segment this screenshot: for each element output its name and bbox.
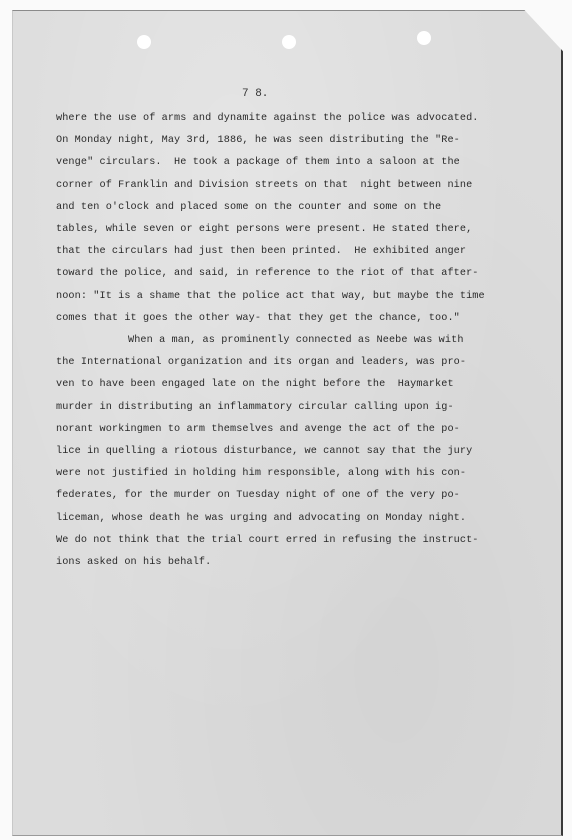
text-line: We do not think that the trial court err… — [56, 530, 526, 552]
text-line: were not justified in holding him respon… — [56, 463, 526, 485]
body-text: where the use of arms and dynamite again… — [56, 108, 526, 574]
text-line: federates, for the murder on Tuesday nig… — [56, 485, 526, 507]
text-line: noon: "It is a shame that the police act… — [56, 286, 526, 308]
text-line: comes that it goes the other way- that t… — [56, 308, 526, 330]
text-line: lice in quelling a riotous disturbance, … — [56, 441, 526, 463]
text-line: liceman, whose death he was urging and a… — [56, 508, 526, 530]
punch-hole-left — [137, 35, 151, 49]
scanned-page: 7 8. where the use of arms and dynamite … — [0, 0, 572, 840]
text-line: the International organization and its o… — [56, 352, 526, 374]
punch-hole-center — [282, 35, 296, 49]
text-line: murder in distributing an inflammatory c… — [56, 397, 526, 419]
text-line: corner of Franklin and Division streets … — [56, 175, 526, 197]
text-line: that the circulars had just then been pr… — [56, 241, 526, 263]
text-line: On Monday night, May 3rd, 1886, he was s… — [56, 130, 526, 152]
text-line: venge" circulars. He took a package of t… — [56, 152, 526, 174]
text-line: where the use of arms and dynamite again… — [56, 108, 526, 130]
text-line: ven to have been engaged late on the nig… — [56, 374, 526, 396]
text-line: ions asked on his behalf. — [56, 552, 526, 574]
punch-hole-right — [417, 31, 431, 45]
page-number: 7 8. — [242, 88, 268, 100]
text-line-paragraph-start: When a man, as prominently connected as … — [56, 330, 526, 352]
text-line: tables, while seven or eight persons wer… — [56, 219, 526, 241]
text-line: and ten o'clock and placed some on the c… — [56, 197, 526, 219]
text-line: toward the police, and said, in referenc… — [56, 263, 526, 285]
text-line: norant workingmen to arm themselves and … — [56, 419, 526, 441]
